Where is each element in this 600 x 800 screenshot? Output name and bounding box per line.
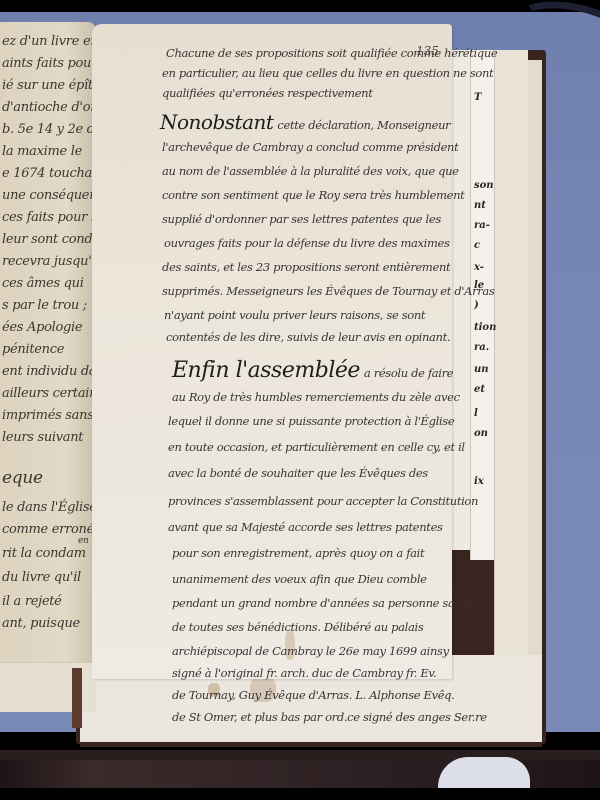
strip-fragment: x-: [474, 262, 484, 273]
strip-fragment: on: [474, 428, 488, 439]
manuscript-line: de Tournay, Guy Évêque d'Arras. L. Alpho…: [172, 688, 455, 702]
left-page-line: imprimés sans: [2, 408, 94, 423]
strip-fragment: c: [474, 240, 480, 251]
strip-fragment: nt: [474, 200, 486, 211]
bottom-black-bar: [0, 788, 600, 800]
left-page-line: s par le trou ;: [2, 298, 87, 313]
left-page-line: pénitence: [2, 342, 64, 357]
manuscript-line: supprimés. Messeigneurs les Évêques de T…: [162, 284, 494, 298]
manuscript-line: avant que sa Majesté accorde ses lettres…: [168, 520, 443, 534]
manuscript-line: ouvrages faits pour la défense du livre …: [164, 236, 450, 250]
left-page-line: ez d'un livre en qu: [2, 34, 96, 49]
manuscript-line: archiépiscopal de Cambray le 26e may 169…: [172, 644, 449, 658]
strip-fragment: et: [474, 384, 485, 395]
manuscript-line: unanimement des voeux afin que Dieu comb…: [172, 572, 427, 586]
strip-fragment: ): [474, 300, 479, 311]
strip-fragment: son: [474, 180, 494, 191]
line-text: cette déclaration, Monseigneur: [277, 118, 450, 132]
manuscript-line: en particulier, au lieu que celles du li…: [162, 66, 493, 80]
manuscript-line: de St Omer, et plus bas par ord.ce signé…: [172, 710, 487, 724]
left-page-line: ié sur une épître: [2, 78, 96, 93]
manuscript-line: Chacune de ses propositions soit qualifi…: [166, 46, 497, 60]
manuscript-line: en toute occasion, et particulièrement e…: [168, 440, 465, 454]
strip-fragment: ra-: [474, 220, 490, 231]
strip-fragment: ra.: [474, 342, 489, 353]
manuscript-line: pendant un grand nombre d'années sa pers…: [172, 596, 479, 610]
paragraph-initial: Enfin l'assemblée: [172, 358, 360, 383]
left-page-line: le dans l'Église: [2, 500, 96, 515]
strip-fragment: tion: [474, 322, 496, 333]
left-page-line: b. 5e 14 y 2e de: [2, 122, 96, 137]
torn-spine: [72, 668, 82, 728]
top-black-bar: [0, 0, 600, 12]
manuscript-line: Nonobstantcette déclaration, Monseigneur: [160, 110, 450, 134]
left-page-line: une conséquence: [2, 188, 96, 203]
manuscript-line: n'ayant point voulu priver leurs raisons…: [164, 308, 425, 322]
manuscript-line: contre son sentiment que le Roy sera trè…: [162, 188, 464, 202]
manuscript-line: avec la bonté de souhaiter que les Évêqu…: [168, 466, 428, 480]
left-page-line: ces âmes qui: [2, 276, 84, 291]
left-page-line: leurs suivant: [2, 430, 83, 445]
manuscript-line: pour son enregistrement, après quoy on a…: [172, 546, 424, 560]
manuscript-line: Enfin l'assembléea résolu de faire: [172, 358, 453, 383]
manuscript-line: l'archevêque de Cambray a conclud comme …: [162, 140, 458, 154]
left-page-line: e 1674 touchant: [2, 166, 96, 181]
strip-fragment: T: [474, 92, 481, 103]
strip-fragment: un: [474, 364, 489, 375]
white-cloth: [438, 757, 530, 789]
left-page-line: aints faits pour: [2, 56, 96, 71]
strip-fragment: l: [474, 408, 478, 419]
left-page-line: recevra jusqu': [2, 254, 91, 269]
manuscript-line: des saints, et les 23 propositions seron…: [162, 260, 450, 274]
left-page-line: comme erroné: [2, 522, 94, 537]
left-page: ez d'un livre en qu aints faits pour ié …: [0, 22, 96, 702]
left-page-marginal-note: en: [78, 536, 89, 546]
manuscript-line: signé à l'original fr. arch. duc de Camb…: [172, 666, 436, 680]
manuscript-line: au Roy de très humbles remerciements du …: [172, 390, 460, 404]
left-page-line: ées Apologie: [2, 320, 82, 335]
left-page-line: d'antioche d'onze: [2, 100, 96, 115]
left-page-line: ant, puisque: [2, 616, 80, 631]
left-page-line: ces faits pour le: [2, 210, 96, 225]
manuscript-line: qualifiées qu'erronées respectivement: [162, 86, 373, 100]
left-page-line: il a rejeté: [2, 594, 62, 609]
manuscript-line: de toutes ses bénédictions. Délibéré au …: [172, 620, 423, 634]
line-text: a résolu de faire: [364, 366, 453, 380]
manuscript-line: au nom de l'assemblée à la pluralité des…: [162, 164, 459, 178]
left-page-line: rit la condam: [2, 546, 86, 561]
manuscript-line: contentés de les dire, suivis de leur av…: [166, 330, 450, 344]
left-page-line: la maxime le: [2, 144, 82, 159]
left-page-line: leur sont condamn: [2, 232, 96, 247]
left-page-line: du livre qu'il: [2, 570, 81, 585]
manuscript-line: supplié d'ordonner par ses lettres paten…: [162, 212, 441, 226]
paragraph-initial: Nonobstant: [160, 110, 273, 134]
manuscript-line: lequel il donne une si puissante protect…: [168, 414, 454, 428]
manuscript-line: provinces s'assemblassent pour accepter …: [168, 494, 478, 508]
inserted-strip-3: [494, 50, 528, 670]
left-page-line: ent individu dans: [2, 364, 96, 379]
strip-fragment: ix: [474, 476, 484, 487]
left-page-heading-fragment: eque: [2, 468, 43, 488]
left-page-line: ailleurs certain: [2, 386, 96, 401]
